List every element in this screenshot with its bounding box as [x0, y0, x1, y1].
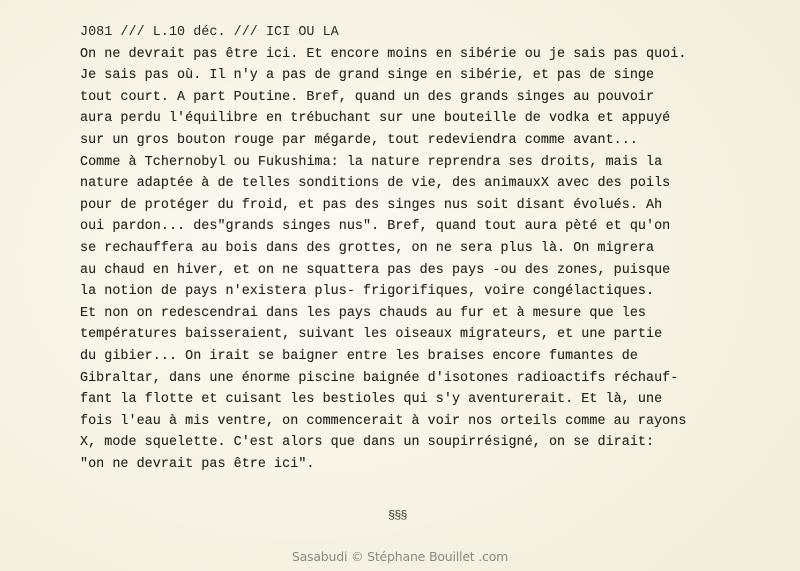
text-line: la notion de pays n'existera plus- frigo…	[80, 281, 780, 303]
text-line: "on ne devrait pas être ici".	[80, 454, 780, 476]
text-line: du gibier... On irait se baigner entre l…	[80, 346, 780, 368]
text-line: sur un gros bouton rouge par mégarde, to…	[80, 130, 780, 152]
text-line: Comme à Tchernobyl ou Fukushima: la natu…	[80, 152, 780, 174]
body-text: On ne devrait pas être ici. Et encore mo…	[80, 44, 780, 476]
copyright-credit: Sasabudi © Stéphane Bouillet .com	[0, 549, 800, 564]
typewritten-page: J081 /// L.10 déc. /// ICI OU LA On ne d…	[80, 22, 780, 475]
section-separator: §§§	[388, 509, 407, 523]
text-line: se rechauffera au bois dans des grottes,…	[80, 238, 780, 260]
text-line: aura perdu l'équilibre en trébuchant sur…	[80, 108, 780, 130]
text-line: Gibraltar, dans une énorme piscine baign…	[80, 368, 780, 390]
page-heading: J081 /// L.10 déc. /// ICI OU LA	[80, 22, 780, 44]
text-line: X, mode squelette. C'est alors que dans …	[80, 432, 780, 454]
text-line: températures baisseraient, suivant les o…	[80, 324, 780, 346]
text-line: oui pardon... des"grands singes nus". Br…	[80, 216, 780, 238]
text-line: tout court. A part Poutine. Bref, quand …	[80, 87, 780, 109]
text-line: Et non on redescendrai dans les pays cha…	[80, 303, 780, 325]
text-line: On ne devrait pas être ici. Et encore mo…	[80, 44, 780, 66]
text-line: fois l'eau à mis ventre, on commencerait…	[80, 411, 780, 433]
text-line: pour de protéger du froid, et pas des si…	[80, 195, 780, 217]
text-line: fant la flotte et cuisant les bestioles …	[80, 389, 780, 411]
text-line: au chaud en hiver, et on ne squattera pa…	[80, 260, 780, 282]
text-line: Je sais pas où. Il n'y a pas de grand si…	[80, 65, 780, 87]
text-line: nature adaptée à de telles sonditions de…	[80, 173, 780, 195]
